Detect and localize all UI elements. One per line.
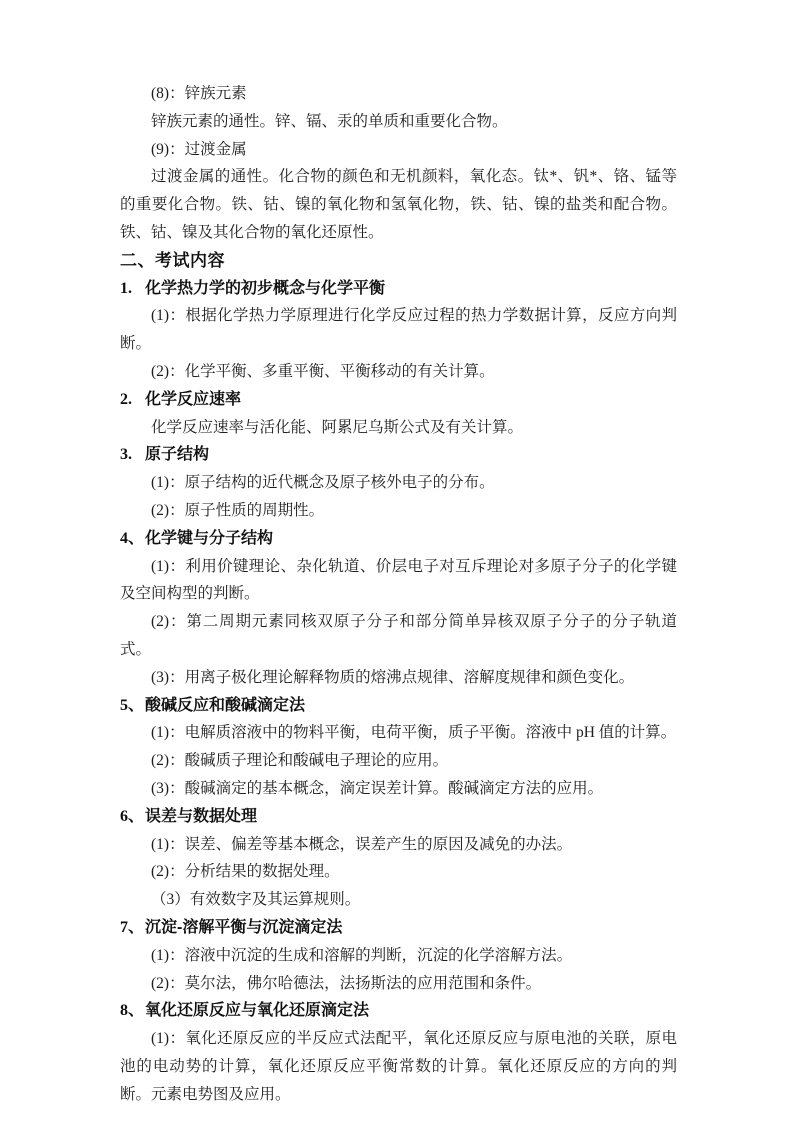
section-item: (1)：氧化还原反应的半反应式法配平，氧化还原反应与原电池的关联，原电池的电动势… (120, 1025, 677, 1108)
intro-paragraphs: (8)：锌族元素锌族元素的通性。锌、镉、汞的单质和重要化合物。(9)：过渡金属过… (120, 80, 677, 247)
section-item: (2)：原子性质的周期性。 (120, 497, 677, 525)
section-item: (2)：第二周期元素同核双原子分子和部分简单异核双原子分子的分子轨道式。 (120, 608, 677, 664)
section-item: (2)：莫尔法，佛尔哈德法，法扬斯法的应用范围和条件。 (120, 970, 677, 998)
exam-content-sections: 1.化学热力学的初步概念与化学平衡(1)：根据化学热力学原理进行化学反应过程的热… (120, 275, 677, 1109)
section-title: 原子结构 (145, 446, 209, 463)
section-item: (1)：根据化学热力学原理进行化学反应过程的热力学数据计算，反应方向判断。 (120, 302, 677, 358)
section-item: (1)：原子结构的近代概念及原子核外电子的分布。 (120, 469, 677, 497)
section-item: (3)：酸碱滴定的基本概念，滴定误差计算。酸碱滴定方法的应用。 (120, 775, 677, 803)
section-item: (1)：误差、偏差等基本概念，误差产生的原因及减免的办法。 (120, 831, 677, 859)
section-heading: 7、沉淀-溶解平衡与沉淀滴定法 (120, 914, 677, 942)
section-number: 4、 (120, 525, 145, 553)
section-item: (3)：用离子极化理论解释物质的熔沸点规律、溶解度规律和颜色变化。 (120, 664, 677, 692)
section-item: (2)：分析结果的数据处理。 (120, 858, 677, 886)
section-title: 化学反应速率 (145, 391, 241, 408)
section-title: 化学热力学的初步概念与化学平衡 (145, 280, 385, 297)
section-item: 化学反应速率与活化能、阿累尼乌斯公式及有关计算。 (120, 414, 677, 442)
section-heading: 8、氧化还原反应与氧化还原滴定法 (120, 997, 677, 1025)
section-item: (1)：溶液中沉淀的生成和溶解的判断，沉淀的化学溶解方法。 (120, 942, 677, 970)
section-heading: 2.化学反应速率 (120, 386, 677, 414)
section-heading: 5、酸碱反应和酸碱滴定法 (120, 692, 677, 720)
section-number: 1. (120, 275, 145, 303)
section-title: 误差与数据处理 (145, 808, 257, 825)
part-heading: 二、考试内容 (120, 247, 677, 275)
section-item: (2)：化学平衡、多重平衡、平衡移动的有关计算。 (120, 358, 677, 386)
section-title: 氧化还原反应与氧化还原滴定法 (145, 1002, 369, 1019)
section-heading: 4、化学键与分子结构 (120, 525, 677, 553)
section-number: 8、 (120, 997, 145, 1025)
section-title: 化学键与分子结构 (145, 530, 273, 547)
intro-paragraph: 过渡金属的通性。化合物的颜色和无机颜料，氧化态。钛*、钒*、铬、锰等的重要化合物… (120, 163, 677, 246)
section-item: (1)：利用价键理论、杂化轨道、价层电子对互斥理论对多原子分子的化学键及空间构型… (120, 553, 677, 609)
intro-paragraph: (8)：锌族元素 (120, 80, 677, 108)
section-number: 6、 (120, 803, 145, 831)
intro-paragraph: 锌族元素的通性。锌、镉、汞的单质和重要化合物。 (120, 108, 677, 136)
section-heading: 1.化学热力学的初步概念与化学平衡 (120, 275, 677, 303)
section-item: (2)：酸碱质子理论和酸碱电子理论的应用。 (120, 747, 677, 775)
section-title: 沉淀-溶解平衡与沉淀滴定法 (145, 919, 342, 936)
section-number: 2. (120, 386, 145, 414)
section-item: （3）有效数字及其运算规则。 (120, 886, 677, 914)
section-heading: 6、误差与数据处理 (120, 803, 677, 831)
intro-paragraph: (9)：过渡金属 (120, 136, 677, 164)
section-item: (1)：电解质溶液中的物料平衡，电荷平衡，质子平衡。溶液中 pH 值的计算。 (120, 719, 677, 747)
section-heading: 3.原子结构 (120, 441, 677, 469)
section-title: 酸碱反应和酸碱滴定法 (145, 697, 305, 714)
section-number: 5、 (120, 692, 145, 720)
section-number: 7、 (120, 914, 145, 942)
document-page: (8)：锌族元素锌族元素的通性。锌、镉、汞的单质和重要化合物。(9)：过渡金属过… (0, 0, 793, 1121)
section-number: 3. (120, 441, 145, 469)
